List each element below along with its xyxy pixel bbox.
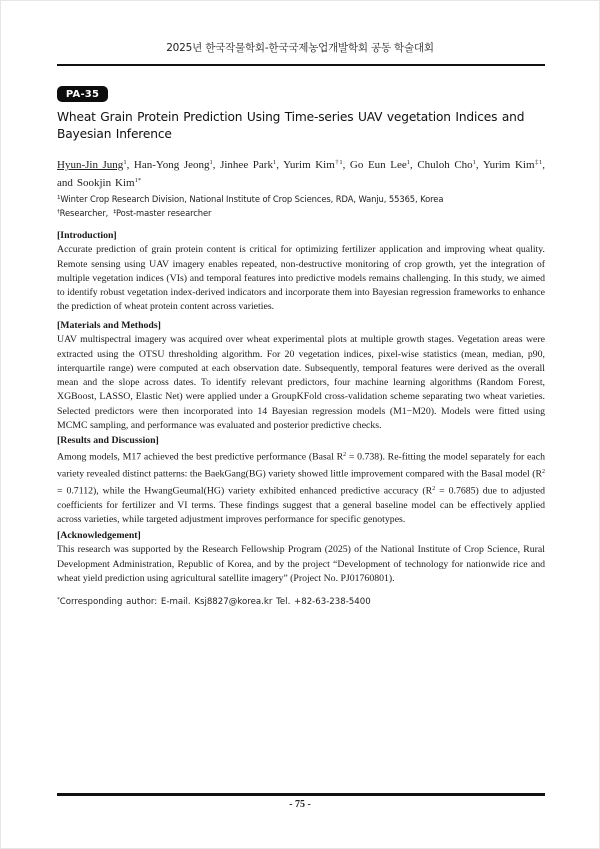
section-heading: [Acknowledgement]: [57, 529, 545, 543]
running-head: 2025년 한국작물학회-한국국제농업개발학회 공동 학술대회: [0, 40, 600, 55]
section-heading: [Materials and Methods]: [57, 319, 545, 333]
author-mark: 1: [123, 159, 126, 166]
role-text: Researcher,: [60, 208, 109, 218]
author-name: Jinhee Park: [220, 159, 273, 171]
affiliations: 1Winter Crop Research Division, National…: [57, 192, 545, 220]
author-name: Han-Yong Jeong: [134, 159, 210, 171]
corresponding-author: *Corresponding author: E-mail. Ksj8827@k…: [57, 597, 371, 607]
author-mark: 1*: [135, 177, 142, 184]
page-number: - 75 -: [0, 799, 600, 810]
section-body: This research was supported by the Resea…: [57, 543, 545, 586]
header-rule: [57, 64, 545, 66]
affiliation-line: 1Winter Crop Research Division, National…: [57, 192, 545, 206]
author-name: Go Eun Lee: [350, 159, 407, 171]
author-mark: †1: [335, 159, 343, 166]
author-mark: 1: [273, 159, 276, 166]
author-name: Chuloh Cho: [417, 159, 472, 171]
section-introduction: [Introduction] Accurate prediction of gr…: [57, 229, 545, 315]
author-mark: 1: [473, 159, 476, 166]
author-name: Yurim Kim: [483, 159, 535, 171]
section-results: [Results and Discussion] Among models, M…: [57, 434, 545, 527]
paper-title: Wheat Grain Protein Prediction Using Tim…: [57, 109, 545, 142]
author-mark: 1: [210, 159, 213, 166]
section-body: UAV multispectral imagery was acquired o…: [57, 333, 545, 433]
role-text: Post-master researcher: [116, 208, 211, 218]
author-name: Sookjin Kim: [77, 177, 135, 189]
author-name: Hyun-Jin Jung: [57, 159, 123, 171]
section-methods: [Materials and Methods] UAV multispectra…: [57, 319, 545, 433]
corresponding-text: Corresponding author: E-mail. Ksj8827@ko…: [60, 597, 371, 607]
author-mark: 1: [407, 159, 410, 166]
author-mark: ‡1: [535, 159, 543, 166]
role-line: †Researcher, ‡Post-master researcher: [57, 206, 545, 220]
section-body: Accurate prediction of grain protein con…: [57, 243, 545, 314]
section-body: Among models, M17 achieved the best pred…: [57, 448, 545, 527]
section-heading: [Results and Discussion]: [57, 434, 545, 448]
affiliation-text: Winter Crop Research Division, National …: [60, 194, 443, 204]
footer-rule: [57, 793, 545, 796]
section-heading: [Introduction]: [57, 229, 545, 243]
author-name: Yurim Kim: [283, 159, 335, 171]
abstract-id-badge: PA-35: [57, 86, 108, 102]
author-list: Hyun-Jin Jung1, Han-Yong Jeong1, Jinhee …: [57, 155, 545, 191]
section-acknowledgement: [Acknowledgement] This research was supp…: [57, 529, 545, 586]
